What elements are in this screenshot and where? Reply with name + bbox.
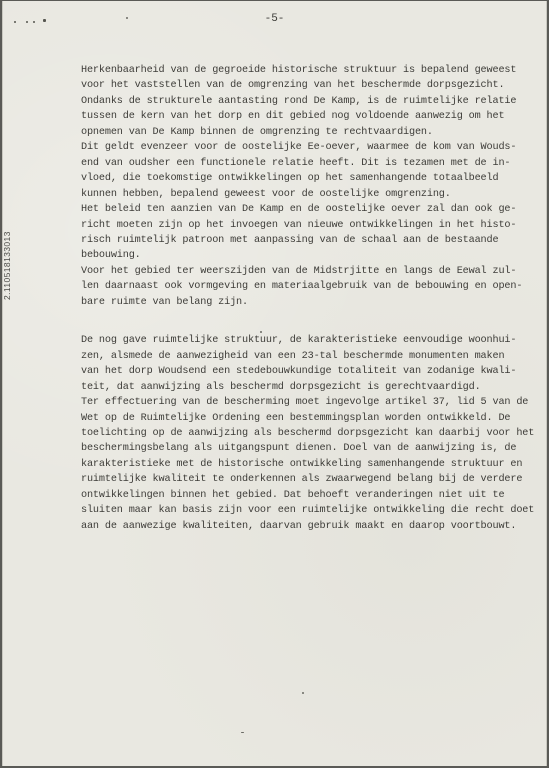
text-line: end van oudsher een functionele relatie …: [81, 156, 521, 171]
text-line: Voor het gebied ter weerszijden van de M…: [81, 264, 521, 279]
text-line: Wet op de Ruimtelijke Ordening een beste…: [81, 411, 521, 426]
paragraph-1: Herkenbaarheid van de gegroeide historis…: [81, 63, 521, 310]
text-line: risch ruimtelijk patroon met aanpassing …: [81, 233, 521, 248]
text-line: kunnen hebben, bepalend geweest voor de …: [81, 187, 521, 202]
text-line: opnemen van De Kamp binnen de omgrenzing…: [81, 125, 521, 140]
text-line: ontwikkelingen binnen het gebied. Dat be…: [81, 488, 521, 503]
text-line: sluiten maar kan basis zijn voor een rui…: [81, 503, 521, 518]
text-line: len daarnaast ook vormgeving en materiaa…: [81, 279, 521, 294]
scan-speck: [241, 732, 244, 733]
text-line: van het dorp Woudsend een stedebouwkundi…: [81, 364, 521, 379]
text-line: Ondanks de strukturele aantasting rond D…: [81, 94, 521, 109]
text-line: aan de aanwezige kwaliteiten, daarvan ge…: [81, 519, 521, 534]
archive-id-stamp: 2.110518133013: [2, 180, 12, 300]
text-line: De nog gave ruimtelijke struktuur, de ka…: [81, 333, 521, 348]
document-body: Herkenbaarheid van de gegroeide historis…: [81, 63, 521, 534]
text-line: toelichting op de aanwijzing als bescher…: [81, 426, 521, 441]
text-line: bare ruimte van belang zijn.: [81, 295, 521, 310]
text-line: ruimtelijke kwaliteit te onderkennen als…: [81, 472, 521, 487]
page-number: -5-: [0, 13, 549, 25]
text-line: vloed, die toekomstige ontwikkelingen op…: [81, 171, 521, 186]
text-line: teit, dat aanwijzing als beschermd dorps…: [81, 380, 521, 395]
text-line: voor het vaststellen van de omgrenzing v…: [81, 78, 521, 93]
text-line: bebouwing.: [81, 248, 521, 263]
text-line: beschermingsbelang als uitgangspunt dien…: [81, 441, 521, 456]
text-line: zen, alsmede de aanwezigheid van een 23-…: [81, 349, 521, 364]
text-line: Dit geldt evenzeer voor de oostelijke Ee…: [81, 140, 521, 155]
text-line: Herkenbaarheid van de gegroeide historis…: [81, 63, 521, 78]
text-line: karakteristieke met de historische ontwi…: [81, 457, 521, 472]
scan-speck: [302, 692, 304, 694]
paragraph-2: De nog gave ruimtelijke struktuur, de ka…: [81, 333, 521, 534]
text-line: Ter effectuering van de bescherming moet…: [81, 395, 521, 410]
text-line: tussen de kern van het dorp en dit gebie…: [81, 109, 521, 124]
text-line: Het beleid ten aanzien van De Kamp en de…: [81, 202, 521, 217]
text-line: richt moeten zijn op het invoegen van ni…: [81, 218, 521, 233]
